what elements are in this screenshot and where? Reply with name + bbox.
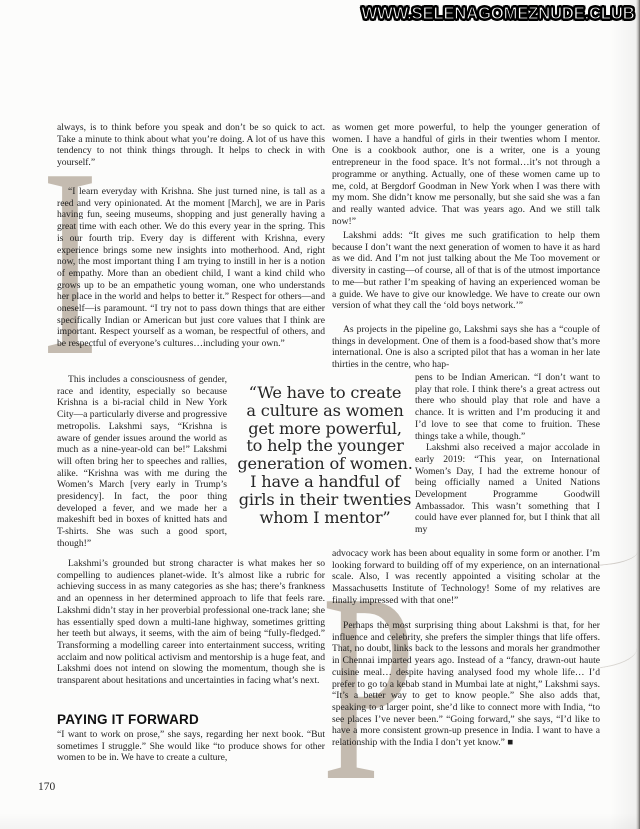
page-bottom-shading bbox=[0, 813, 640, 829]
section-heading-paying-it-forward: PAYING IT FORWARD bbox=[57, 712, 325, 727]
page-number: 170 bbox=[38, 781, 55, 793]
watermark-url: WWW.SELENAGOMEZNUDE.CLUB bbox=[361, 3, 634, 24]
left-column-paragraph-2: “I learn everyday with Krishna. She just… bbox=[57, 186, 325, 350]
left-column-paragraph-5: “I want to work on prose,” she says, reg… bbox=[57, 729, 325, 764]
right-column-paragraph-5: Perhaps the most surprising thing about … bbox=[332, 620, 600, 749]
paragraph-text: Lakshmi’s grounded but strong character … bbox=[57, 558, 325, 687]
right-column-narrow-block: pens to be Indian American. “I don’t wan… bbox=[415, 372, 600, 536]
page-edge-line bbox=[636, 0, 640, 829]
paragraph-text: Lakshmi also received a major accolade i… bbox=[415, 442, 600, 536]
paragraph-text: pens to be Indian American. “I don’t wan… bbox=[415, 372, 600, 442]
paragraph-text: Perhaps the most surprising thing about … bbox=[332, 620, 600, 749]
paragraph-text: Lakshmi adds: “It gives me such gratific… bbox=[332, 230, 600, 312]
paragraph-text: As projects in the pipeline go, Lakshmi … bbox=[332, 324, 600, 371]
paragraph-text: This includes a consciousness of gender,… bbox=[57, 374, 227, 550]
right-column-paragraph-3-start: As projects in the pipeline go, Lakshmi … bbox=[332, 324, 600, 371]
right-column-paragraph-1: as women get more powerful, to help the … bbox=[332, 122, 600, 227]
left-column-paragraph-1: always, is to think before you speak and… bbox=[57, 122, 325, 169]
right-column-paragraph-2: Lakshmi adds: “It gives me such gratific… bbox=[332, 230, 600, 312]
right-column-paragraph-4-end: advocacy work has been about equality in… bbox=[332, 548, 600, 607]
pull-quote: “We have to create a culture as women ge… bbox=[233, 384, 417, 526]
page-curl-mark-2 bbox=[597, 645, 639, 669]
paragraph-text: “I learn everyday with Krishna. She just… bbox=[57, 186, 325, 350]
magazine-page: WWW.SELENAGOMEZNUDE.CLUB I P always, is … bbox=[0, 0, 640, 829]
left-column-paragraph-4: Lakshmi’s grounded but strong character … bbox=[57, 558, 325, 687]
paragraph-text: “I want to work on prose,” she says, reg… bbox=[57, 729, 325, 764]
paragraph-text: as women get more powerful, to help the … bbox=[332, 122, 600, 227]
page-curl-mark-1 bbox=[593, 547, 638, 567]
paragraph-text: advocacy work has been about equality in… bbox=[332, 548, 600, 607]
left-column-paragraph-3-narrow: This includes a consciousness of gender,… bbox=[57, 374, 227, 550]
paragraph-text: always, is to think before you speak and… bbox=[57, 122, 325, 169]
